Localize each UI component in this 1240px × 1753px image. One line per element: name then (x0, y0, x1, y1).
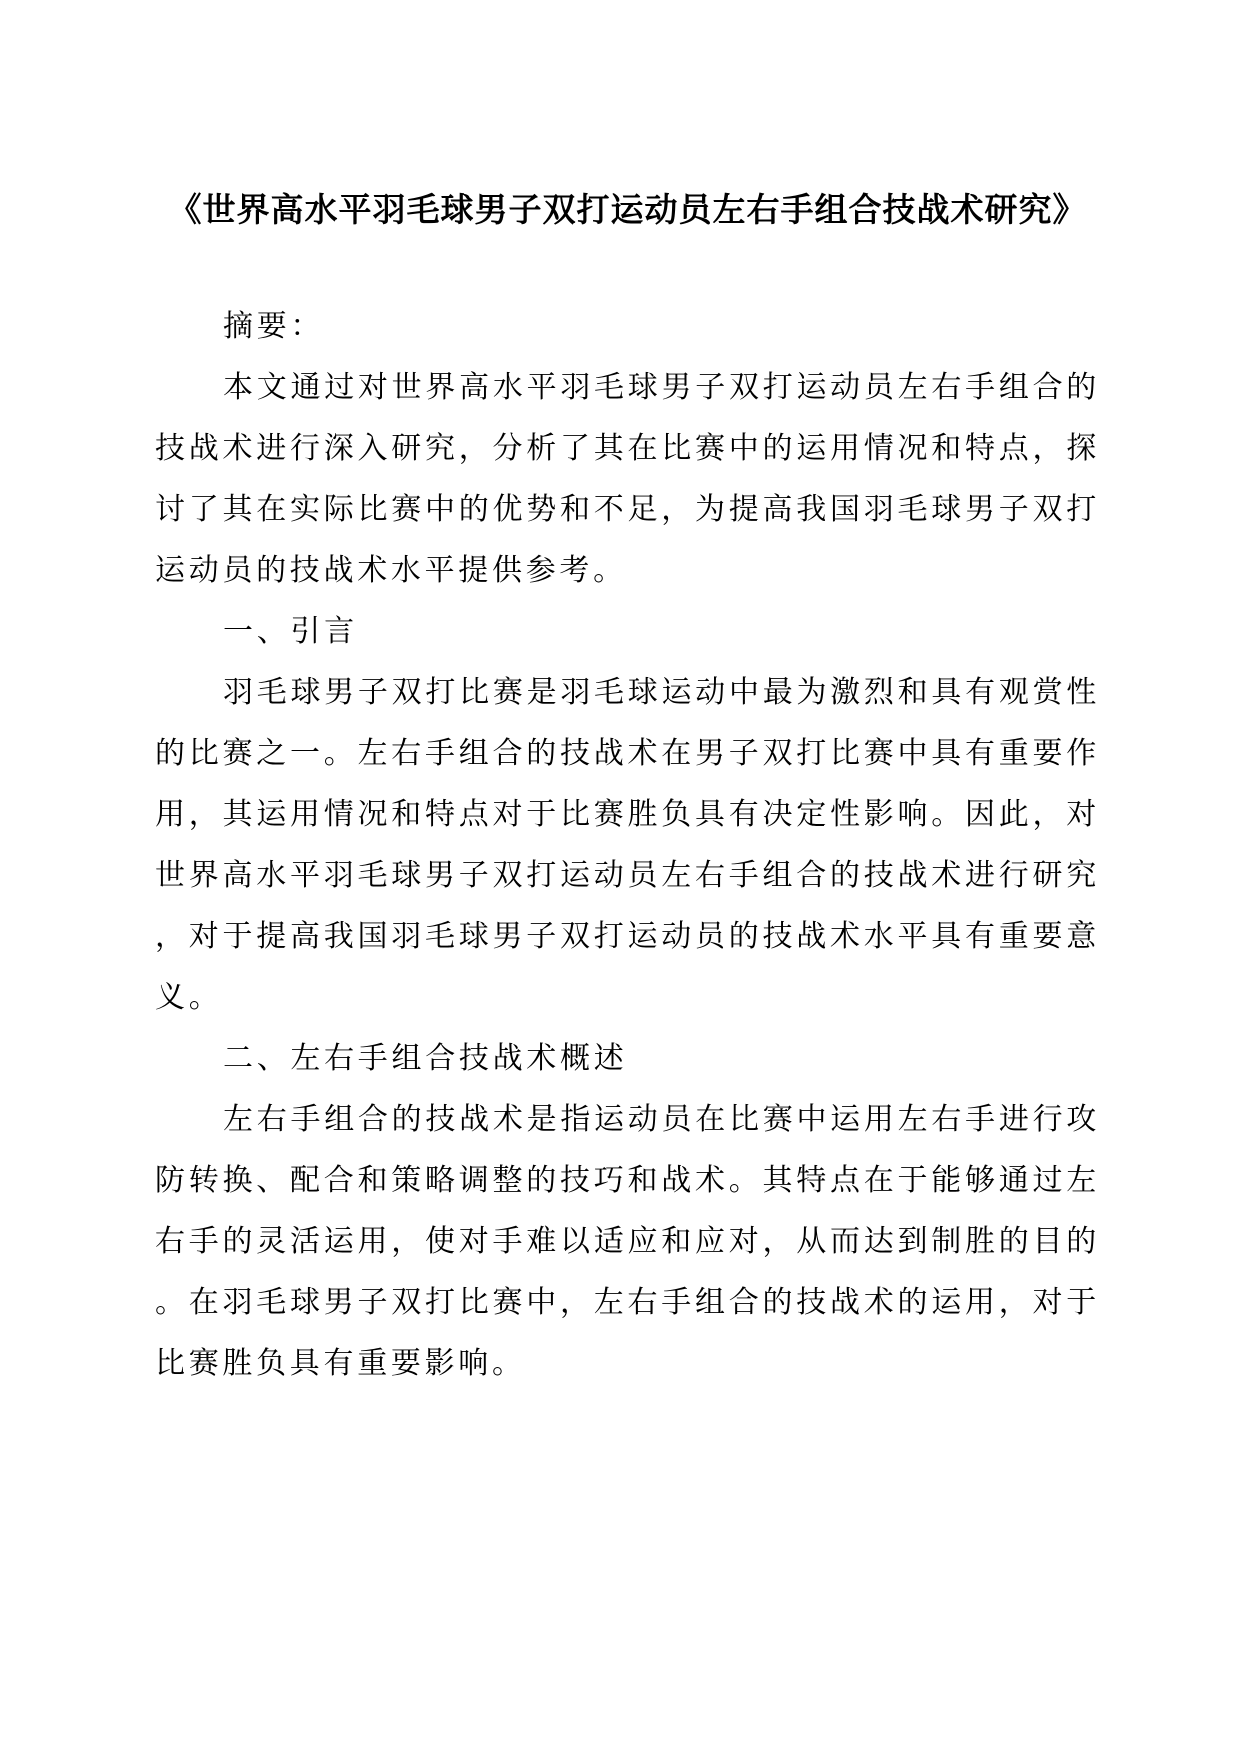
section-heading-introduction: 一、引言 (155, 601, 1100, 662)
abstract-label: 摘要： (155, 296, 1100, 357)
abstract-paragraph: 本文通过对世界高水平羽毛球男子双打运动员左右手组合的技战术进行深入研究，分析了其… (155, 357, 1100, 601)
document-content: 《世界高水平羽毛球男子双打运动员左右手组合技战术研究》 摘要： 本文通过对世界高… (155, 0, 1100, 1394)
introduction-paragraph: 羽毛球男子双打比赛是羽毛球运动中最为激烈和具有观赏性的比赛之一。左右手组合的技战… (155, 662, 1100, 1028)
document-page: 《世界高水平羽毛球男子双打运动员左右手组合技战术研究》 摘要： 本文通过对世界高… (0, 0, 1240, 1753)
section-heading-overview: 二、左右手组合技战术概述 (155, 1028, 1100, 1089)
overview-paragraph: 左右手组合的技战术是指运动员在比赛中运用左右手进行攻防转换、配合和策略调整的技巧… (155, 1089, 1100, 1394)
document-title: 《世界高水平羽毛球男子双打运动员左右手组合技战术研究》 (155, 178, 1100, 244)
